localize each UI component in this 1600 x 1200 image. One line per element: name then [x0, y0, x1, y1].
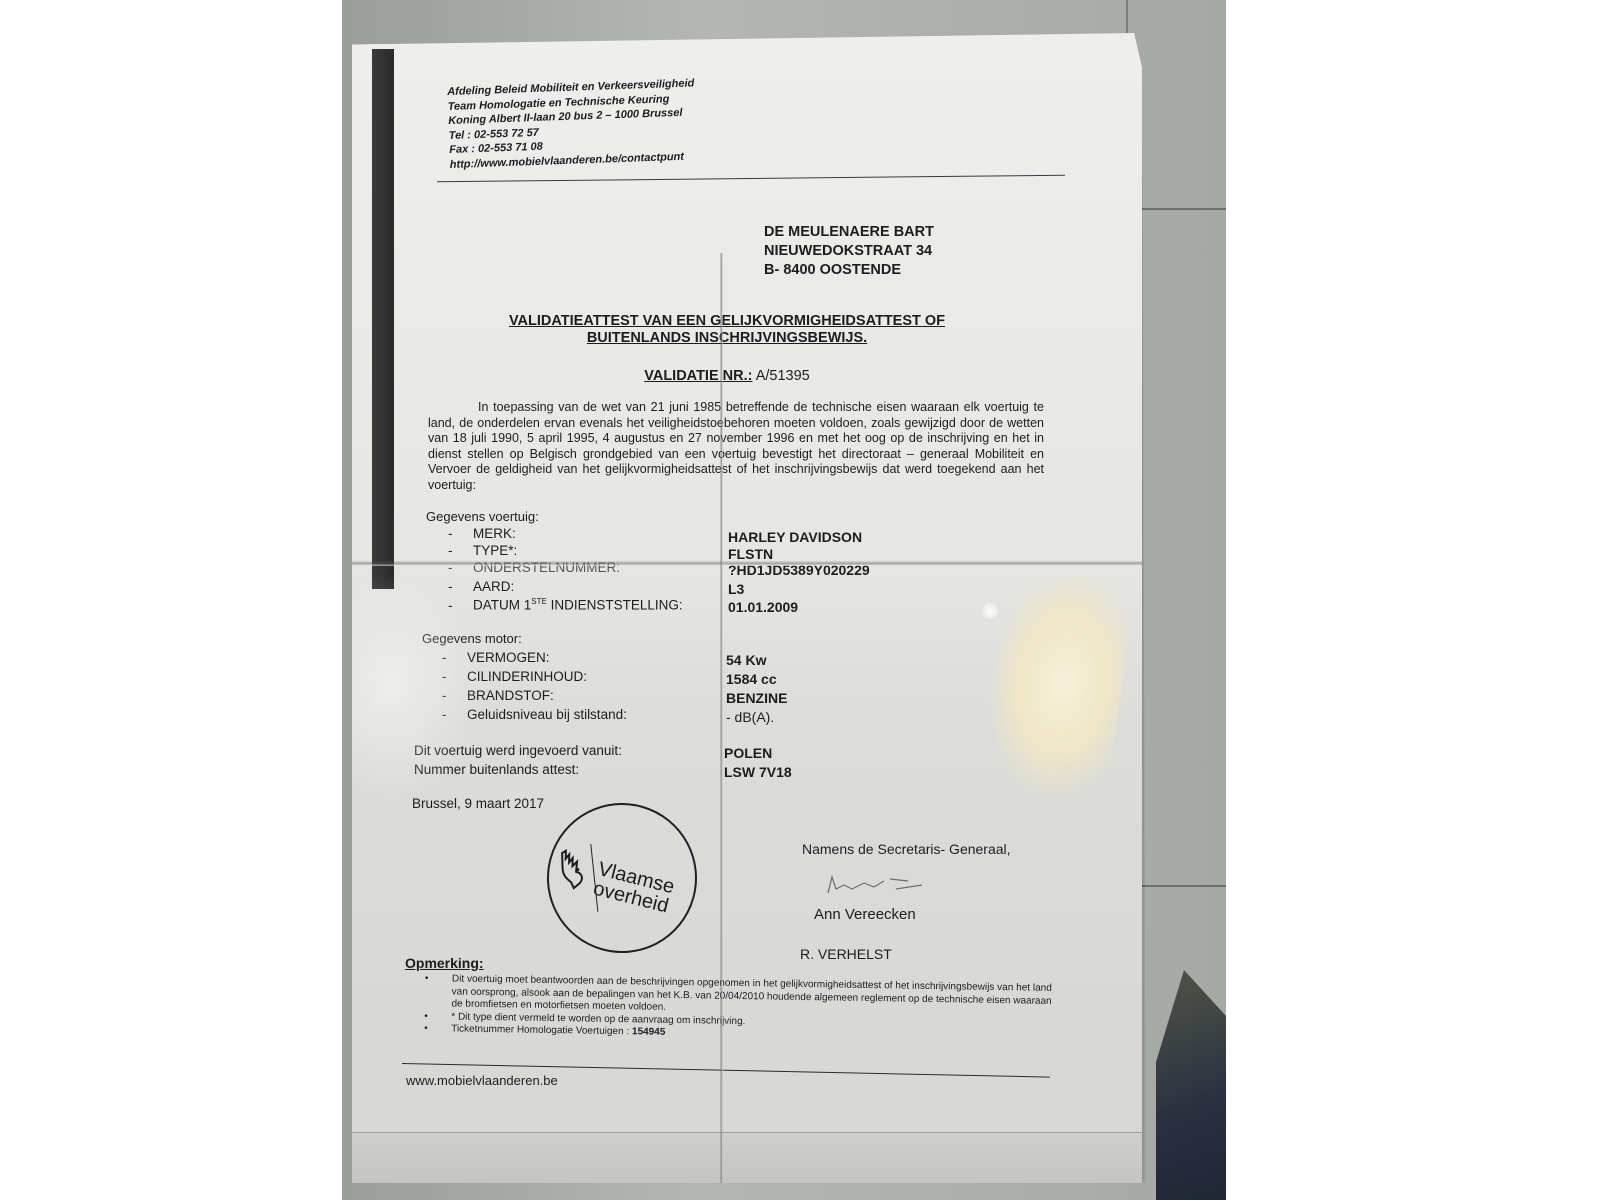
- field-type-value: FLSTN: [728, 546, 773, 562]
- ticket-number: 154945: [632, 1026, 666, 1038]
- signer-name: Ann Vereecken: [814, 906, 916, 923]
- handwritten-signature: [822, 871, 932, 899]
- floor-tile-seam: [1142, 208, 1226, 210]
- validation-label: VALIDATIE NR.:: [644, 368, 752, 384]
- floor-tile-seam: [1142, 885, 1226, 887]
- margin-bar: [372, 49, 394, 589]
- sender-block: Afdeling Beleid Mobiliteit en Verkeersve…: [447, 76, 697, 172]
- header-divider: [437, 175, 1065, 183]
- field-power-value: 54 Kw: [726, 652, 766, 668]
- field-aard-value: L3: [728, 581, 744, 597]
- light-reflection: [352, 573, 482, 803]
- field-date-value: 01.01.2009: [728, 599, 798, 615]
- field-merk-label: -MERK:: [448, 526, 516, 541]
- flash-glare: [977, 565, 1136, 801]
- field-displacement-value: 1584 cc: [726, 671, 777, 687]
- certificate-paper: Afdeling Beleid Mobiliteit en Verkeersve…: [352, 33, 1142, 1183]
- recipient-street: NIEUWEDOKSTRAAT 34: [764, 242, 934, 261]
- document-title: VALIDATIEATTEST VAN EEN GELIJKVORMIGHEID…: [462, 313, 992, 347]
- field-type-label: -TYPE*:: [448, 543, 517, 558]
- validation-number: VALIDATIE NR.: A/51395: [462, 368, 992, 384]
- lion-icon: [556, 847, 591, 898]
- horizontal-fold: [352, 561, 1142, 566]
- on-behalf-text: Namens de Secretaris- Generaal,: [802, 841, 1011, 857]
- remarks-heading: Opmerking:: [405, 955, 484, 971]
- remarks-list: •Dit voertuig moet beantwoorden aan de b…: [421, 973, 1052, 1045]
- shoe-shadow: [1156, 970, 1226, 1200]
- recipient-city: B- 8400 OOSTENDE: [764, 261, 934, 280]
- footer-url: www.mobielvlaanderen.be: [406, 1073, 558, 1088]
- title-line: VALIDATIEATTEST VAN EEN GELIJKVORMIGHEID…: [462, 313, 992, 330]
- vertical-fold: [720, 253, 723, 1183]
- foreign-cert-value: LSW 7V18: [724, 764, 792, 780]
- government-seal: Vlaamse overheid: [540, 796, 705, 961]
- title-line: BUITENLANDS INSCHRIJVINGSBEWIJS.: [462, 330, 992, 347]
- field-date-label: -DATUM 1STE INDIENSTSTELLING:: [448, 597, 683, 613]
- field-noise-value: - dB(A).: [726, 709, 774, 725]
- paper-bottom-fold: [352, 1132, 1142, 1183]
- recipient-name: DE MEULENAERE BART: [764, 223, 934, 242]
- official-name: R. VERHELST: [800, 946, 892, 962]
- document-photo: Afdeling Beleid Mobiliteit en Verkeersve…: [342, 0, 1226, 1200]
- intro-paragraph: In toepassing van de wet van 21 juni 198…: [428, 400, 1044, 493]
- recipient-address: DE MEULENAERE BART NIEUWEDOKSTRAAT 34 B-…: [764, 223, 934, 280]
- vehicle-heading: Gegevens voertuig:: [426, 509, 539, 524]
- flash-glare-small: [982, 603, 998, 619]
- seal-text: Vlaamse overheid: [591, 859, 676, 917]
- import-origin-value: POLEN: [724, 745, 772, 761]
- field-fuel-value: BENZINE: [726, 690, 787, 706]
- field-merk-value: HARLEY DAVIDSON: [728, 529, 862, 545]
- validation-value: A/51395: [756, 368, 810, 384]
